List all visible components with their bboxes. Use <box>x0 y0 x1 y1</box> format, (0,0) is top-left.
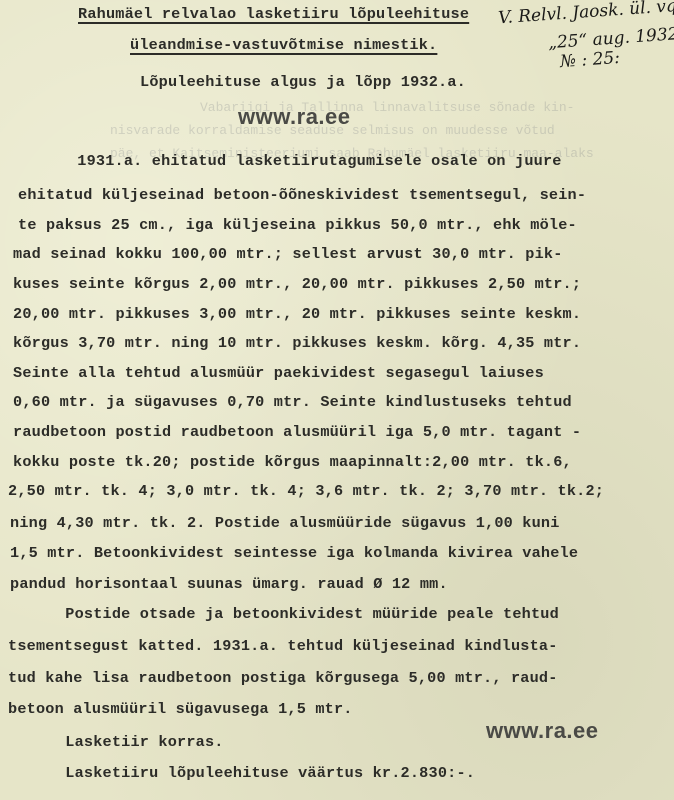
archival-document: Vabariigi ja Tallinna linnavalitsuse sõn… <box>0 0 674 800</box>
body-line: kuses seinte kõrgus 2,00 mtr., 20,00 mtr… <box>13 275 581 293</box>
body-line: 20,00 mtr. pikkuses 3,00 mtr., 20 mtr. p… <box>13 305 581 323</box>
body-line: ehitatud küljeseinad betoon-õõneskivides… <box>18 186 586 204</box>
body-line: Postide otsade ja betoonkividest müüride… <box>28 605 559 623</box>
watermark: www.ra.ee <box>238 104 351 130</box>
body-line: pandud horisontaal suunas ümarg. rauad Ø… <box>10 575 448 593</box>
body-line: kõrgus 3,70 mtr. ning 10 mtr. pikkuses k… <box>13 334 581 352</box>
body-line: betoon alusmüüril sügavusega 1,5 mtr. <box>8 700 353 718</box>
body-line: Seinte alla tehtud alusmüür paekividest … <box>13 364 544 382</box>
body-line: 0,60 mtr. ja sügavuses 0,70 mtr. Seinte … <box>13 393 572 411</box>
document-title-line-2: üleandmise-vastuvõtmise nimestik. <box>130 36 437 54</box>
body-line: ning 4,30 mtr. tk. 2. Postide alusmüürid… <box>10 514 560 532</box>
body-line: 1931.a. ehitatud lasketiirutagumisele os… <box>40 152 562 170</box>
handwritten-annotation-line-1: V. Relvl. Jaosk. ül. vq. <box>498 0 674 28</box>
body-line: tud kahe lisa raudbetoon postiga kõrguse… <box>8 669 558 687</box>
body-line: mad seinad kokku 100,00 mtr.; sellest ar… <box>13 245 563 263</box>
body-line: 2,50 mtr. tk. 4; 3,0 mtr. tk. 4; 3,6 mtr… <box>8 482 604 500</box>
body-line: Lasketiir korras. <box>28 733 224 751</box>
body-line: te paksus 25 cm., iga küljeseina pikkus … <box>18 216 577 234</box>
body-line: tsementsegust katted. 1931.a. tehtud kül… <box>8 637 558 655</box>
document-subtitle: Lõpuleehituse algus ja lõpp 1932.a. <box>140 73 466 91</box>
body-line: kokku poste tk.20; postide kõrgus maapin… <box>13 453 572 471</box>
document-title-line-1: Rahumäel relvalao lasketiiru lõpuleehitu… <box>78 5 469 23</box>
body-line: Lasketiiru lõpuleehituse väärtus kr.2.83… <box>28 764 475 782</box>
body-line: raudbetoon postid raudbetoon alusmüüril … <box>13 423 581 441</box>
body-line: 1,5 mtr. Betoonkividest seintesse iga ko… <box>10 544 578 562</box>
handwritten-annotation-number: № : 25: <box>559 48 620 72</box>
watermark: www.ra.ee <box>486 718 599 744</box>
